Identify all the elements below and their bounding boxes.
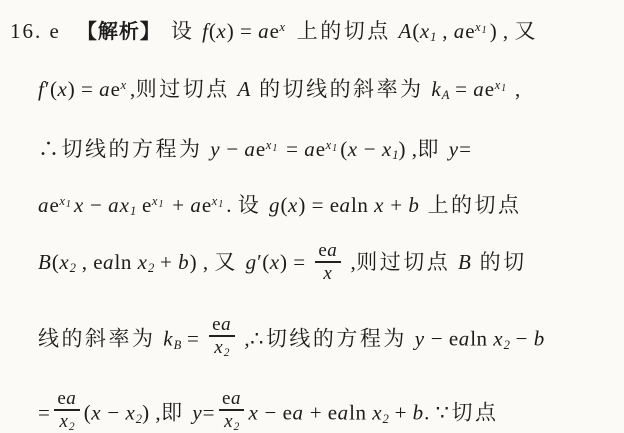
- math-variable: x: [382, 137, 392, 161]
- math-roman: e: [202, 193, 212, 217]
- math-variable: x: [59, 250, 69, 274]
- math-variable: x: [125, 401, 135, 425]
- math-variable: x: [493, 327, 503, 351]
- math-roman: e: [222, 388, 231, 409]
- math-roman: +: [384, 193, 408, 217]
- superscript: x1: [152, 194, 164, 208]
- math-roman: e: [50, 193, 60, 217]
- math-roman: =: [38, 401, 50, 425]
- math-roman: e: [111, 77, 121, 101]
- math-variable: x: [57, 77, 67, 101]
- math-variable: A: [238, 77, 252, 101]
- math-variable: a: [292, 401, 304, 425]
- math-variable: x: [91, 401, 101, 425]
- subscript: 1: [66, 199, 71, 210]
- math-roman: +: [389, 401, 413, 425]
- math-variable: a: [244, 137, 256, 161]
- math-variable: x: [248, 401, 258, 425]
- text-run: ∵切点: [436, 401, 499, 425]
- math-variable: a: [327, 240, 338, 261]
- math-roman: −: [425, 327, 449, 351]
- fraction-denominator: x2: [54, 411, 79, 433]
- math-variable: x: [224, 411, 233, 432]
- superscript: x: [279, 20, 286, 34]
- math-variable: a: [338, 401, 350, 425]
- math-roman: ′(: [45, 77, 58, 101]
- math-variable: a: [340, 193, 352, 217]
- math-variable: x: [374, 193, 384, 217]
- text-run: 又: [214, 250, 245, 274]
- solution-line-5: B(x2 , ealn x2 + b) , 又 g′(x) = eax ,则过切…: [10, 242, 616, 286]
- text-run: 即: [418, 137, 449, 161]
- subscript: 1: [501, 83, 506, 94]
- math-variable: y: [192, 401, 202, 425]
- subscript: 1: [218, 199, 223, 210]
- fraction-numerator: ea: [54, 388, 79, 411]
- math-variable: x: [74, 193, 84, 217]
- fraction: eax2: [209, 314, 234, 364]
- solution-line-6: 线的斜率为 kB = eax2 ,∴切线的方程为 y − ealn x2 − b: [10, 316, 616, 366]
- text-run: 上的切点: [289, 19, 399, 43]
- math-variable: a: [454, 19, 466, 43]
- text-run: ∴切线的方程为: [38, 137, 210, 161]
- math-variable: a: [99, 77, 111, 101]
- fraction: eax: [315, 240, 340, 284]
- math-roman: −: [358, 137, 382, 161]
- math-variable: a: [38, 193, 50, 217]
- math-variable: a: [473, 77, 485, 101]
- math-variable: a: [304, 137, 316, 161]
- math-roman: e: [330, 193, 340, 217]
- math-roman: ln: [349, 401, 372, 425]
- math-roman: e: [57, 388, 66, 409]
- text-run: ∴切线的方程为: [250, 327, 415, 351]
- math-variable: x: [372, 401, 382, 425]
- text-run: 设: [171, 19, 202, 43]
- superscript: x1: [326, 138, 338, 152]
- math-roman: =: [459, 137, 471, 161]
- math-variable: k: [431, 77, 441, 101]
- math-roman: =: [203, 401, 215, 425]
- math-variable: a: [66, 388, 77, 409]
- superscript: x1: [59, 194, 71, 208]
- math-roman: (: [281, 193, 289, 217]
- solution-line-2: f′(x) = aex,则过切点 A 的切线的斜率为 kA = aex1 ,: [10, 70, 616, 110]
- math-roman: ,: [436, 19, 453, 43]
- math-roman: −: [102, 401, 126, 425]
- math-variable: x: [120, 78, 127, 92]
- math-variable: a: [221, 314, 232, 335]
- text-run: 设: [238, 193, 269, 217]
- math-roman: e: [270, 19, 280, 43]
- math-variable: x: [288, 193, 298, 217]
- math-roman: −: [221, 137, 245, 161]
- math-variable: b: [534, 327, 546, 351]
- math-variable: b: [408, 193, 420, 217]
- text-run: 又: [514, 19, 538, 43]
- superscript: x1: [212, 194, 224, 208]
- math-variable: b: [178, 250, 190, 274]
- math-roman: e: [328, 401, 338, 425]
- text-run: 则过切点: [136, 77, 238, 101]
- math-roman: e: [449, 327, 459, 351]
- math-roman: ,: [345, 250, 357, 274]
- math-variable: x: [279, 20, 286, 34]
- math-roman: ,: [76, 250, 93, 274]
- math-variable: a: [103, 250, 115, 274]
- text-run: 线的斜率为: [38, 327, 163, 351]
- math-roman: (: [412, 19, 420, 43]
- math-variable: x: [214, 337, 223, 358]
- math-variable: B: [458, 250, 472, 274]
- math-variable: y: [210, 137, 220, 161]
- math-roman: ) =: [68, 77, 99, 101]
- analysis-tag: 【解析】: [77, 21, 161, 43]
- math-roman: ,: [239, 327, 251, 351]
- math-variable: f: [38, 77, 45, 101]
- superscript: x: [120, 78, 127, 92]
- solution-line-4: aex1x − ax1 ex1 + aex1. 设 g(x) = ealn x …: [10, 186, 616, 226]
- subscript: 1: [482, 25, 487, 36]
- math-roman: ) =: [227, 19, 258, 43]
- math-variable: a: [190, 193, 202, 217]
- text-run: 的切: [472, 250, 527, 274]
- math-roman: ln: [470, 327, 493, 351]
- subscript: 2: [69, 421, 75, 433]
- math-variable: b: [413, 401, 425, 425]
- math-roman: e: [283, 401, 293, 425]
- math-roman: e: [485, 77, 495, 101]
- math-roman: ) ,: [399, 137, 418, 161]
- math-roman: ) ,: [190, 250, 215, 274]
- fraction-numerator: ea: [209, 314, 234, 337]
- math-variable: k: [163, 327, 173, 351]
- math-roman: =: [280, 137, 304, 161]
- superscript: x1: [475, 20, 487, 34]
- math-roman: +: [154, 250, 178, 274]
- math-roman: ln: [115, 250, 138, 274]
- math-roman: e: [316, 137, 326, 161]
- math-variable: y: [415, 327, 425, 351]
- math-roman: =: [181, 327, 205, 351]
- math-variable: a: [258, 19, 270, 43]
- math-variable: x: [323, 263, 332, 284]
- math-variable: A: [399, 19, 413, 43]
- solution-line-3: ∴切线的方程为 y − aex1 = aex1(x − x1) ,即 y=: [10, 130, 616, 170]
- fraction: eax2: [54, 388, 79, 433]
- fraction: eax2: [219, 388, 244, 433]
- math-roman: e: [465, 19, 475, 43]
- math-variable: ax: [108, 193, 130, 217]
- math-roman: ,: [509, 77, 521, 101]
- math-roman: e: [93, 250, 103, 274]
- math-variable: x: [475, 20, 482, 34]
- math-variable: a: [459, 327, 471, 351]
- math-roman: ) ,: [490, 19, 515, 43]
- math-roman: =: [449, 77, 473, 101]
- math-roman: e: [256, 137, 266, 161]
- text-run: 即: [161, 401, 192, 425]
- math-variable: B: [38, 250, 52, 274]
- text-run: 的切线的斜率为: [251, 77, 431, 101]
- math-roman: e: [318, 240, 327, 261]
- fraction-denominator: x: [315, 263, 340, 284]
- math-variable: x: [270, 250, 280, 274]
- math-variable: y: [449, 137, 459, 161]
- math-roman: e: [136, 193, 152, 217]
- solution-line-1: 16. e【解析】设 f(x) = aex 上的切点 A(x1 , aex1) …: [10, 12, 616, 52]
- subscript: 1: [332, 143, 337, 154]
- math-variable: x: [348, 137, 358, 161]
- math-variable: f: [202, 19, 209, 43]
- math-roman: −: [510, 327, 534, 351]
- math-variable: x: [59, 411, 68, 432]
- fraction-denominator: x2: [209, 337, 234, 364]
- math-variable: g: [269, 193, 281, 217]
- subscript: 2: [224, 347, 230, 359]
- math-variable: x: [216, 19, 226, 43]
- math-roman: ) ,: [142, 401, 161, 425]
- math-variable: x: [138, 250, 148, 274]
- math-roman: ) =: [298, 193, 329, 217]
- math-roman: +: [166, 193, 190, 217]
- math-roman: +: [304, 401, 328, 425]
- math-roman: .: [226, 193, 238, 217]
- text-run: 则过切点: [356, 250, 458, 274]
- math-roman: ) =: [280, 250, 311, 274]
- solution-line-7: =eax2(x − x2) ,即 y=eax2x − ea + ealn x2 …: [10, 390, 616, 433]
- solution-text: 16. e【解析】设 f(x) = aex 上的切点 A(x1 , aex1) …: [10, 12, 616, 433]
- document-page: 16. e【解析】设 f(x) = aex 上的切点 A(x1 , aex1) …: [0, 0, 624, 433]
- answer-label: 16. e: [10, 19, 61, 43]
- fraction-denominator: x2: [219, 411, 244, 433]
- subscript: 1: [158, 199, 163, 210]
- math-roman: ′(: [257, 250, 270, 274]
- superscript: x1: [495, 78, 507, 92]
- math-roman: .: [424, 401, 436, 425]
- math-roman: e: [212, 314, 221, 335]
- math-roman: (: [340, 137, 348, 161]
- superscript: x1: [266, 138, 278, 152]
- math-variable: a: [231, 388, 242, 409]
- math-roman: ln: [351, 193, 374, 217]
- subscript: 1: [272, 143, 277, 154]
- math-variable: x: [59, 194, 66, 208]
- math-variable: x: [420, 19, 430, 43]
- math-variable: g: [246, 250, 258, 274]
- fraction-numerator: ea: [315, 240, 340, 263]
- fraction-numerator: ea: [219, 388, 244, 411]
- text-run: 上的切点: [420, 193, 522, 217]
- math-roman: −: [259, 401, 283, 425]
- subscript: 2: [234, 421, 240, 433]
- math-roman: −: [84, 193, 108, 217]
